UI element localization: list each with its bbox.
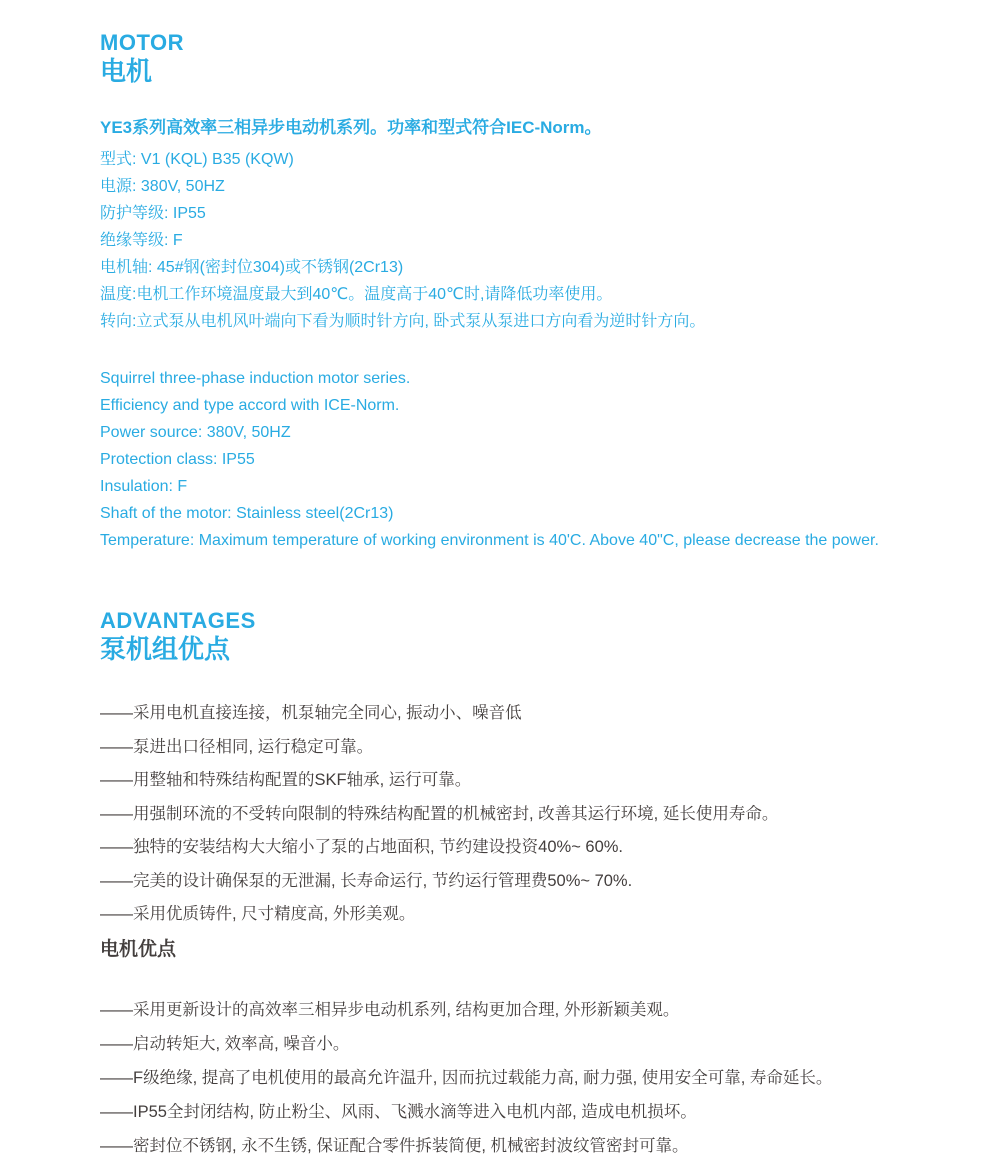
motor-advantages-subtitle: 电机优点: [100, 939, 920, 961]
motor-advantage-item: ——采用更新设计的高效率三相异步电动机系列, 结构更加合理, 外形新颖美观。: [100, 1001, 920, 1020]
motor-advantage-item: ——密封位不锈钢, 永不生锈, 保证配合零件拆装简便, 机械密封波纹管密封可靠。: [100, 1137, 920, 1156]
pump-advantage-item: ——完美的设计确保泵的无泄漏, 长寿命运行, 节约运行管理费50%~ 70%.: [100, 872, 920, 891]
motor-advantage-item: ——F级绝缘, 提高了电机使用的最高允许温升, 因而抗过载能力高, 耐力强, 使…: [100, 1069, 920, 1088]
motor-section: MOTOR 电机 YE3系列高效率三相异步电动机系列。功率和型式符合IEC-No…: [100, 30, 920, 554]
motor-specs-zh: 型式: V1 (KQL) B35 (KQW) 电源: 380V, 50HZ 防护…: [100, 146, 920, 335]
pump-advantage-item: ——采用优质铸件, 尺寸精度高, 外形美观。: [100, 905, 920, 924]
motor-intro-line: YE3系列高效率三相异步电动机系列。功率和型式符合IEC-Norm。: [100, 116, 920, 140]
spec-line-en: Efficiency and type accord with ICE-Norm…: [100, 392, 920, 419]
spec-line-zh: 绝缘等级: F: [100, 227, 920, 254]
spec-line-en: Protection class: IP55: [100, 446, 920, 473]
spec-line-zh: 电机轴: 45#钢(密封位304)或不锈钢(2Cr13): [100, 254, 920, 281]
spec-line-zh: 防护等级: IP55: [100, 200, 920, 227]
motor-advantage-item: ——启动转矩大, 效率高, 噪音小。: [100, 1035, 920, 1054]
motor-specs-en: Squirrel three-phase induction motor ser…: [100, 365, 920, 554]
spec-line-en: Power source: 380V, 50HZ: [100, 419, 920, 446]
spec-line-zh: 型式: V1 (KQL) B35 (KQW): [100, 146, 920, 173]
pump-advantage-item: ——泵进出口径相同, 运行稳定可靠。: [100, 738, 920, 757]
pump-advantage-item: ——独特的安装结构大大缩小了泵的占地面积, 节约建设投资40%~ 60%.: [100, 838, 920, 857]
catalog-page: MOTOR 电机 YE3系列高效率三相异步电动机系列。功率和型式符合IEC-No…: [0, 0, 1000, 1167]
spec-line-en: Insulation: F: [100, 473, 920, 500]
pump-advantage-item: ——采用电机直接连接，机泵轴完全同心, 振动小、噪音低: [100, 704, 920, 723]
spec-line-zh: 电源: 380V, 50HZ: [100, 173, 920, 200]
spec-line-en: Temperature: Maximum temperature of work…: [100, 527, 920, 554]
pump-advantage-item: ——用强制环流的不受转向限制的特殊结构配置的机械密封, 改善其运行环境, 延长使…: [100, 805, 920, 824]
advantages-title-zh: 泵机组优点: [100, 634, 920, 664]
advantages-section-header: ADVANTAGES 泵机组优点: [100, 608, 920, 664]
motor-advantages-list: ——采用更新设计的高效率三相异步电动机系列, 结构更加合理, 外形新颖美观。 —…: [100, 1001, 920, 1156]
advantages-section: ADVANTAGES 泵机组优点 ——采用电机直接连接，机泵轴完全同心, 振动小…: [100, 608, 920, 1155]
spec-line-zh: 温度:电机工作环境温度最大到40℃。温度高于40℃时,请降低功率使用。: [100, 281, 920, 308]
spec-line-en: Squirrel three-phase induction motor ser…: [100, 365, 920, 392]
pump-advantage-item: ——用整轴和特殊结构配置的SKF轴承, 运行可靠。: [100, 771, 920, 790]
motor-title-en: MOTOR: [100, 30, 920, 56]
pump-advantages-list: ——采用电机直接连接，机泵轴完全同心, 振动小、噪音低 ——泵进出口径相同, 运…: [100, 704, 920, 924]
spec-line-en: Shaft of the motor: Stainless steel(2Cr1…: [100, 500, 920, 527]
advantages-title-en: ADVANTAGES: [100, 608, 920, 634]
motor-advantage-item: ——IP55全封闭结构, 防止粉尘、风雨、飞溅水滴等进入电机内部, 造成电机损坏…: [100, 1103, 920, 1122]
motor-section-header: MOTOR 电机: [100, 30, 920, 86]
spec-line-zh: 转向:立式泵从电机风叶端向下看为顺时针方向, 卧式泵从泵进口方向看为逆时针方向。: [100, 308, 920, 335]
motor-title-zh: 电机: [100, 56, 920, 86]
